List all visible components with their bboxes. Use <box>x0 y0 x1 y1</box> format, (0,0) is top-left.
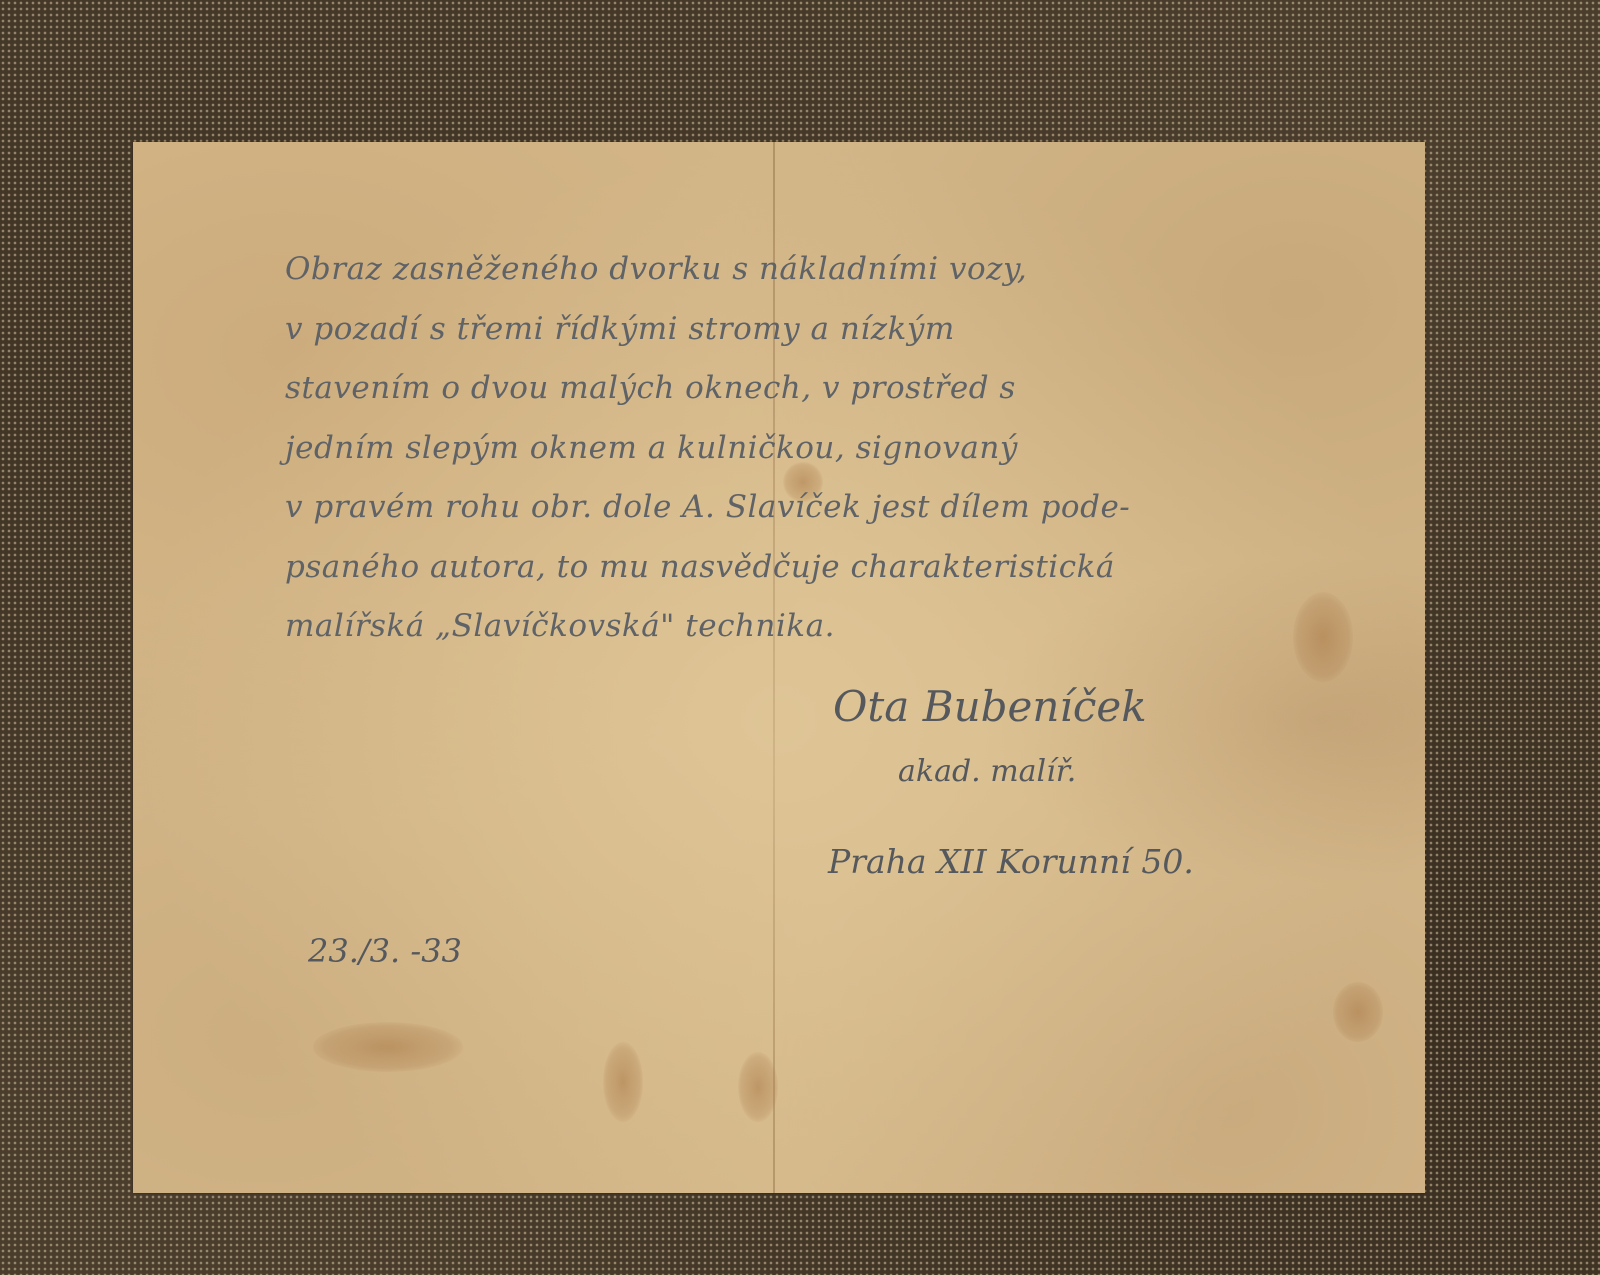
body-line: v pozadí s třemi řídkými stromy a nízkým <box>285 300 1395 360</box>
signature: Ota Bubeníček <box>833 682 1147 731</box>
water-stain <box>1333 982 1383 1042</box>
water-stain <box>603 1042 643 1122</box>
water-stain <box>313 1022 463 1072</box>
body-line: v pravém rohu obr. dole A. Slavíček jest… <box>285 478 1395 538</box>
date: 23./3. -33 <box>308 932 462 970</box>
address: Praha XII Korunní 50. <box>828 842 1194 881</box>
document-paper: Obraz zasněženého dvorku s nákladními vo… <box>133 142 1425 1193</box>
body-line: psaného autora, to mu nasvědčuje charakt… <box>285 538 1395 598</box>
body-line: stavením o dvou malých oknech, v prostře… <box>285 359 1395 419</box>
water-stain <box>738 1052 778 1122</box>
body-line: Obraz zasněženého dvorku s nákladními vo… <box>285 240 1395 300</box>
body-line: malířská „Slavíčkovská" technika. <box>285 597 1395 657</box>
body-line: jedním slepým oknem a kulničkou, signova… <box>285 419 1395 479</box>
handwritten-body: Obraz zasněženého dvorku s nákladními vo… <box>285 240 1395 657</box>
signatory-title: akad. malíř. <box>898 754 1076 789</box>
